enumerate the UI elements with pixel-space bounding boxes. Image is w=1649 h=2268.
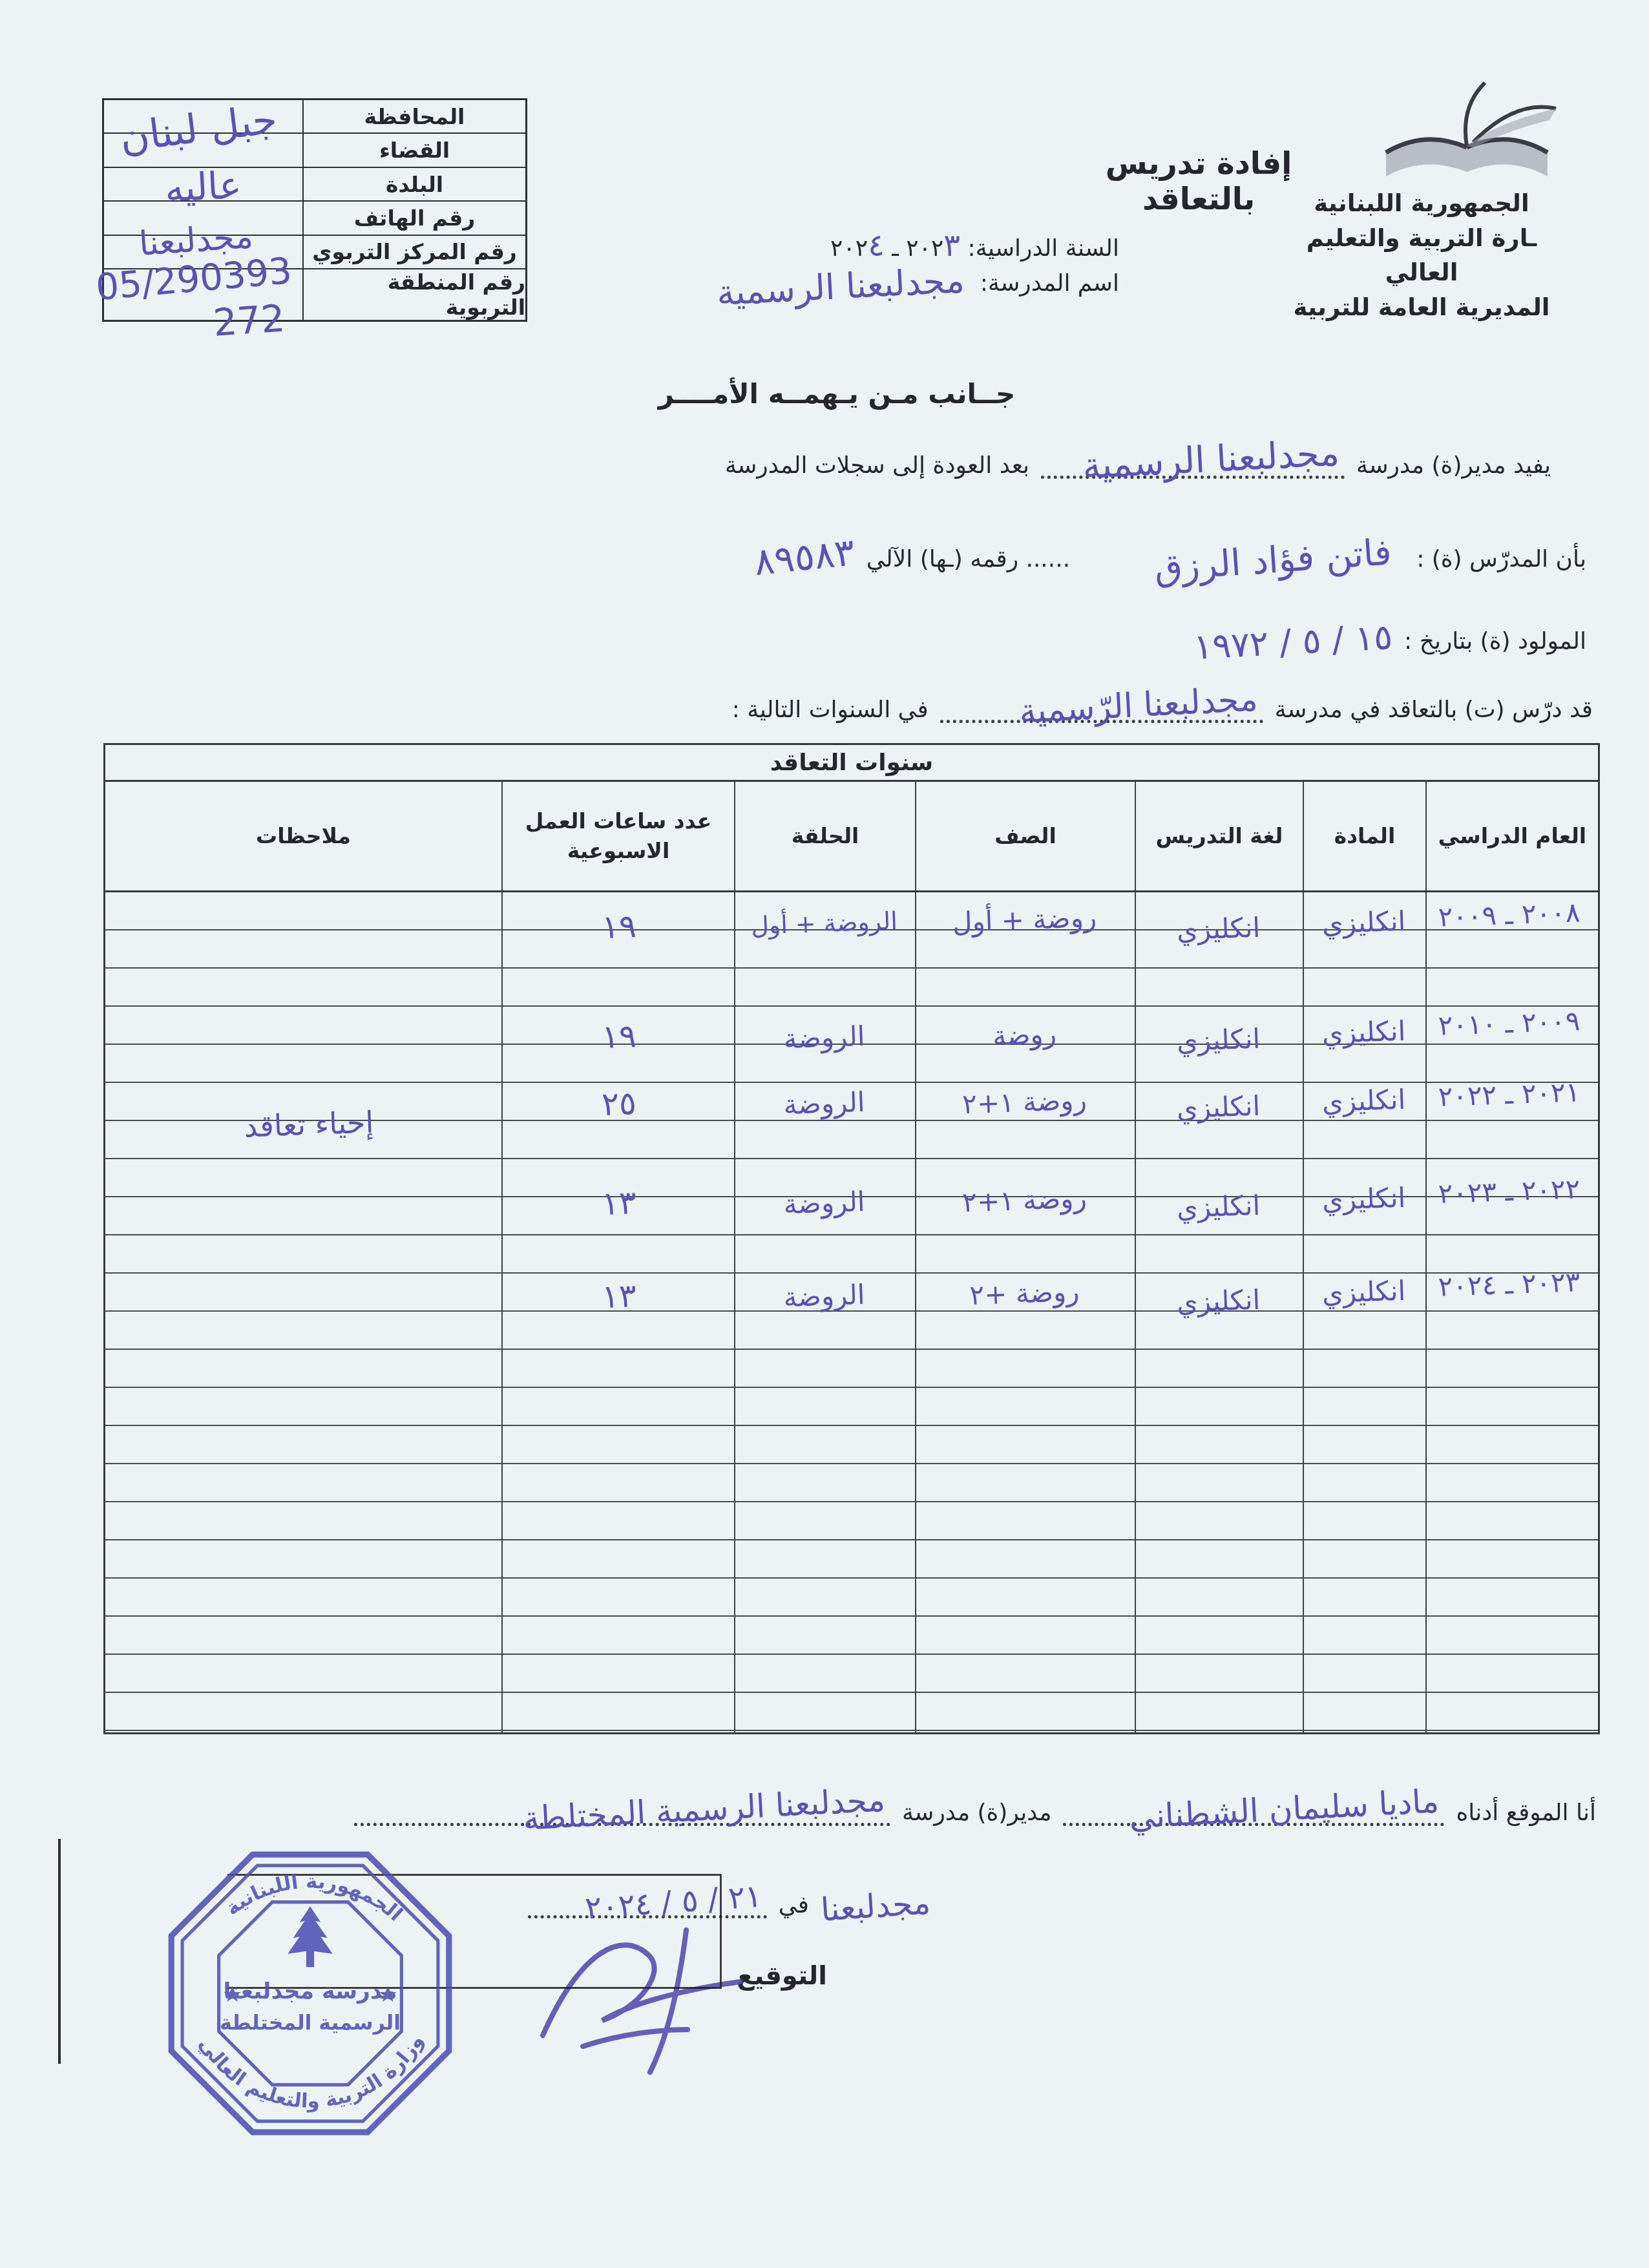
computer-number-label: ...... رقمه (ـها) الآلي: [867, 546, 1070, 572]
cell-hours: ٢٥: [502, 1081, 736, 1127]
school-year-handwritten-digit-1: ٣: [943, 227, 960, 264]
body-line-birthdate: المولود (ة) بتاريخ : ١٥ / ٥ / ١٩٧٢: [1193, 622, 1586, 655]
cell-year: ٢٠٢٢ ـ ٢٠٢٣: [1420, 1172, 1599, 1210]
contract-table-header-row: ملاحظات عدد ساعات العمل الاسبوعية الحلقة…: [105, 782, 1598, 892]
declaration-mid-text: مدير(ة) مدرسة: [902, 1800, 1052, 1826]
cell-grade: روضة +٢: [912, 1274, 1137, 1313]
cell-hours: ١٩: [502, 1014, 736, 1060]
governorate-label: المحافظة: [302, 100, 525, 132]
birthdate-label: المولود (ة) بتاريخ :: [1404, 628, 1586, 655]
contract-entry-row: ٢٠٢٣ ـ ٢٠٢٤ انكليزي انكليزي روضة +٢ الرو…: [105, 1268, 1598, 1346]
cell-language: انكليزي: [1132, 1282, 1305, 1319]
body-line-teacher: بأن المدرّس (ة) : فاتن فؤاد الرزق ......…: [754, 535, 1586, 572]
birthdate-handwritten: ١٥ / ٥ / ١٩٧٢: [1193, 616, 1394, 667]
scan-edge-artifact: [58, 1839, 61, 2064]
school-name-handwritten: مجدلبعنا الرسمية: [716, 260, 966, 313]
school-name-label: اسم المدرسة:: [980, 270, 1119, 297]
column-header-weekly-hours: عدد ساعات العمل الاسبوعية: [503, 782, 735, 890]
place-handwritten: مجدلبعنا: [819, 1884, 932, 1929]
cell-language: انكليزي: [1132, 1021, 1305, 1058]
district-value-handwritten: عاليه: [163, 163, 242, 211]
body-line-taught: قد درّس (ت) بالتعاقد في مدرسة مجدلبعنا ا…: [732, 690, 1593, 723]
footer-school-dotted-field: مجدلبعنا الرسمية المختلطة: [354, 1793, 890, 1826]
taught-school-handwritten: مجدلبعنا الرّسمية: [1018, 680, 1259, 731]
edu-district-number-label: رقم المنطقة التربوية: [302, 269, 525, 320]
cell-grade: روضة ١+٢: [912, 1082, 1137, 1122]
contract-table-title: سنوات التعاقد: [105, 745, 1598, 782]
school-year-label: السنة الدراسية:: [960, 235, 1119, 262]
cell-subject: انكليزي: [1300, 1083, 1427, 1119]
district-label: القضاء: [302, 134, 525, 166]
column-header-notes: ملاحظات: [105, 782, 503, 890]
cell-subject: انكليزي: [1300, 1181, 1427, 1217]
contract-years-table: سنوات التعاقد ملاحظات عدد ساعات العمل ال…: [103, 743, 1600, 1734]
cell-cycle: الروضة + أول: [731, 906, 916, 941]
page-title: إفادة تدريس بالتعاقد: [1050, 146, 1347, 217]
taught-text-end: في السنوات التالية :: [732, 697, 929, 723]
column-header-teaching-language: لغة التدريس: [1136, 782, 1304, 890]
cell-grade: روضة + أول: [912, 900, 1137, 940]
cell-subject: انكليزي: [1300, 1014, 1427, 1051]
cell-cycle: الروضة: [731, 1018, 917, 1056]
school-name-line: اسم المدرسة: مجدلبعنا الرسمية: [717, 270, 1119, 307]
edu-center-number-value-handwritten: 272: [212, 296, 286, 345]
cell-year: ٢٠٠٨ ـ ٢٠٠٩: [1420, 896, 1599, 934]
cedar-tree-icon: [288, 1906, 332, 1967]
teacher-name-field: فاتن فؤاد الرزق: [1082, 543, 1405, 572]
footer-declaration-line: أنا الموقع أدناه ماديا سليمان الشطناني م…: [354, 1793, 1596, 1826]
stamp-school-type: الرسمية المختلطة: [220, 2011, 401, 2035]
column-header-cycle: الحلقة: [735, 782, 916, 890]
school-octagon-stamp: مدرسة مجدلبعنا الرسمية المختلطة الجمهوري…: [158, 1829, 462, 2158]
computer-number-handwritten: ٨٩٥٨٣: [752, 530, 857, 584]
cell-language: انكليزي: [1132, 910, 1305, 947]
town-label: البلدة: [302, 168, 525, 200]
taught-school-dotted-field: مجدلبعنا الرّسمية: [940, 690, 1263, 723]
open-book-icon: [1370, 70, 1564, 205]
cell-cycle: الروضة: [731, 1184, 917, 1222]
scanned-contract-teaching-certificate: المحافظة القضاء البلدة رقم الهاتف رقم ال…: [0, 0, 1649, 2268]
certifies-text-start: يفيد مدير(ة) مدرسة: [1356, 452, 1551, 479]
column-header-subject: المادة: [1304, 782, 1427, 890]
school-name-handwritten-2: مجدلبعنا الرسمية: [1082, 432, 1341, 488]
ministry-line: ـارة التربية والتعليم العالي: [1276, 221, 1567, 290]
directorate-line: المديرية العامة للتربية: [1276, 290, 1567, 325]
contract-entry-row: ٢٠٠٩ ـ ٢٠١٠ انكليزي انكليزي روضة الروضة …: [105, 1007, 1598, 1085]
school-year-handwritten-digit-2: ٤: [868, 227, 885, 264]
director-name-dotted-field: ماديا سليمان الشطناني: [1063, 1793, 1444, 1826]
cell-language: انكليزي: [1132, 1088, 1305, 1126]
footer-school-handwritten: مجدلبعنا الرسمية المختلطة: [522, 1781, 886, 1837]
teacher-label: بأن المدرّس (ة) :: [1416, 546, 1586, 572]
school-year-printed-1: ٢٠٢: [906, 235, 943, 262]
director-name-handwritten: ماديا سليمان الشطناني: [1128, 1782, 1440, 1836]
contract-table-body: ٢٠٠٨ ـ ٢٠٠٩ انكليزي انكليزي روضة + أول ا…: [105, 892, 1598, 1732]
edu-center-number-label: رقم المركز التربوي: [302, 236, 525, 268]
cell-cycle: الروضة: [731, 1277, 917, 1315]
certifies-text-end: بعد العودة إلى سجلات المدرسة: [725, 452, 1029, 479]
contract-entry-row: ٢٠٢١ ـ ٢٠٢٢ انكليزي انكليزي روضة ١+٢ الر…: [105, 1078, 1598, 1156]
contract-entry-row: ٢٠٠٨ ـ ٢٠٠٩ انكليزي انكليزي روضة + أول ا…: [105, 899, 1598, 976]
ministry-logo: [1370, 70, 1564, 205]
cell-hours: ١٩: [502, 904, 736, 950]
cell-hours: ١٣: [502, 1181, 736, 1226]
column-header-school-year: العام الدراسي: [1427, 782, 1598, 890]
cell-subject: انكليزي: [1300, 905, 1427, 941]
declaration-start-text: أنا الموقع أدناه: [1456, 1800, 1596, 1826]
school-name-dotted-field: مجدلبعنا الرسمية: [1041, 446, 1345, 479]
stamp-school-name: مدرسة مجدلبعنا: [223, 1979, 397, 2004]
taught-text-start: قد درّس (ت) بالتعاقد في مدرسة: [1275, 697, 1593, 723]
cell-notes: إحياء تعاقد: [124, 1100, 494, 1148]
body-line-certifies: يفيد مدير(ة) مدرسة مجدلبعنا الرسمية بعد …: [725, 446, 1551, 479]
cell-grade: روضة ١+٢: [912, 1181, 1137, 1220]
cell-language: انكليزي: [1132, 1188, 1305, 1225]
cell-cycle: الروضة: [731, 1084, 917, 1122]
cell-year: ٢٠٢٣ ـ ٢٠٢٤: [1420, 1265, 1599, 1303]
column-header-grade: الصف: [916, 782, 1136, 890]
cell-year: ٢٠٠٩ ـ ٢٠١٠: [1420, 1004, 1599, 1042]
school-year-line: السنة الدراسية: ٢٠٢٣ ـ ٢٠٢٤: [830, 227, 1119, 264]
cell-year: ٢٠٢١ ـ ٢٠٢٢: [1420, 1075, 1599, 1113]
cell-subject: انكليزي: [1300, 1274, 1427, 1310]
phone-label: رقم الهاتف: [302, 202, 525, 234]
official-seal-icon: مدرسة مجدلبعنا الرسمية المختلطة الجمهوري…: [158, 1829, 462, 2158]
cell-grade: روضة: [912, 1015, 1137, 1055]
contract-entry-row: ٢٠٢٢ ـ ٢٠٢٣ انكليزي انكليزي روضة ١+٢ الر…: [105, 1175, 1598, 1253]
salutation-heading: جــانب مـن يـهمــه الأمــــر: [643, 378, 1031, 410]
teacher-name-handwritten: فاتن فؤاد الرزق: [1153, 531, 1392, 590]
cell-hours: ١٣: [502, 1274, 736, 1319]
